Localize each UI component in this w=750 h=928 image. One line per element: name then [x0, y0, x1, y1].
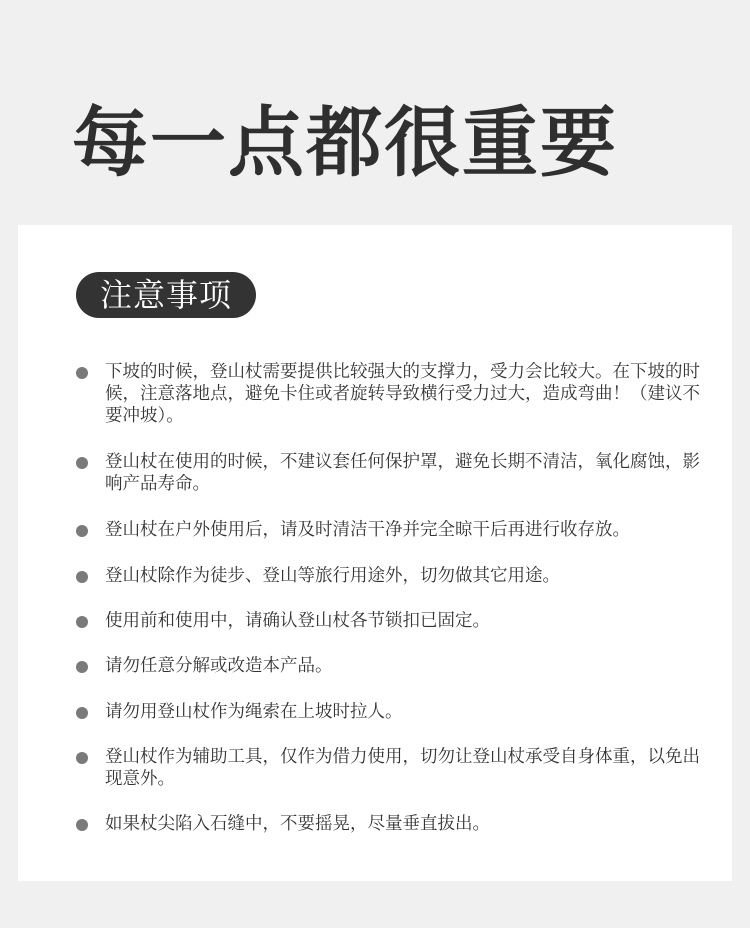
list-item-text: 登山杖在使用的时候，不建议套任何保护罩，避免长期不清洁，氧化腐蚀，影响产品寿命。	[105, 452, 700, 494]
bullet-icon	[76, 616, 88, 628]
section-title-badge: 注意事项	[76, 272, 256, 318]
list-item-text: 请勿任意分解或改造本产品。	[105, 656, 333, 676]
list-item-text: 登山杖在户外使用后，请及时清洁干净并完全晾干后再进行收存放。	[105, 520, 630, 540]
bullet-icon	[76, 571, 88, 583]
bullet-icon	[76, 457, 88, 469]
list-item: 登山杖作为辅助工具，仅作为借力使用，切勿让登山杖承受自身体重，以免出现意外。	[76, 746, 706, 790]
bullet-icon	[76, 819, 88, 831]
bullet-icon	[76, 367, 88, 379]
bullet-icon	[76, 525, 88, 537]
list-item-text: 如果杖尖陷入石缝中，不要摇晃，尽量垂直拔出。	[105, 814, 490, 834]
list-item-text: 登山杖作为辅助工具，仅作为借力使用，切勿让登山杖承受自身体重，以免出现意外。	[105, 747, 700, 789]
list-item-text: 使用前和使用中，请确认登山杖各节锁扣已固定。	[105, 611, 490, 631]
list-item: 如果杖尖陷入石缝中，不要摇晃，尽量垂直拔出。	[76, 813, 706, 835]
list-item: 请勿任意分解或改造本产品。	[76, 655, 706, 677]
list-item-text: 下坡的时候，登山杖需要提供比较强大的支撑力，受力会比较大。在下坡的时候，注意落地…	[105, 362, 700, 426]
list-item: 下坡的时候，登山杖需要提供比较强大的支撑力，受力会比较大。在下坡的时候，注意落地…	[76, 361, 706, 427]
list-item: 使用前和使用中，请确认登山杖各节锁扣已固定。	[76, 610, 706, 632]
bullet-icon	[76, 707, 88, 719]
bullet-icon	[76, 752, 88, 764]
notice-card: 注意事项 下坡的时候，登山杖需要提供比较强大的支撑力，受力会比较大。在下坡的时候…	[18, 225, 732, 881]
list-item: 请勿用登山杖作为绳索在上坡时拉人。	[76, 701, 706, 723]
list-item-text: 登山杖除作为徒步、登山等旅行用途外，切勿做其它用途。	[105, 566, 560, 586]
bullet-icon	[76, 661, 88, 673]
page-headline: 每一点都很重要	[72, 98, 618, 188]
list-item: 登山杖除作为徒步、登山等旅行用途外，切勿做其它用途。	[76, 565, 706, 587]
list-item: 登山杖在使用的时候，不建议套任何保护罩，避免长期不清洁，氧化腐蚀，影响产品寿命。	[76, 451, 706, 495]
list-item-text: 请勿用登山杖作为绳索在上坡时拉人。	[105, 702, 403, 722]
list-item: 登山杖在户外使用后，请及时清洁干净并完全晾干后再进行收存放。	[76, 519, 706, 541]
